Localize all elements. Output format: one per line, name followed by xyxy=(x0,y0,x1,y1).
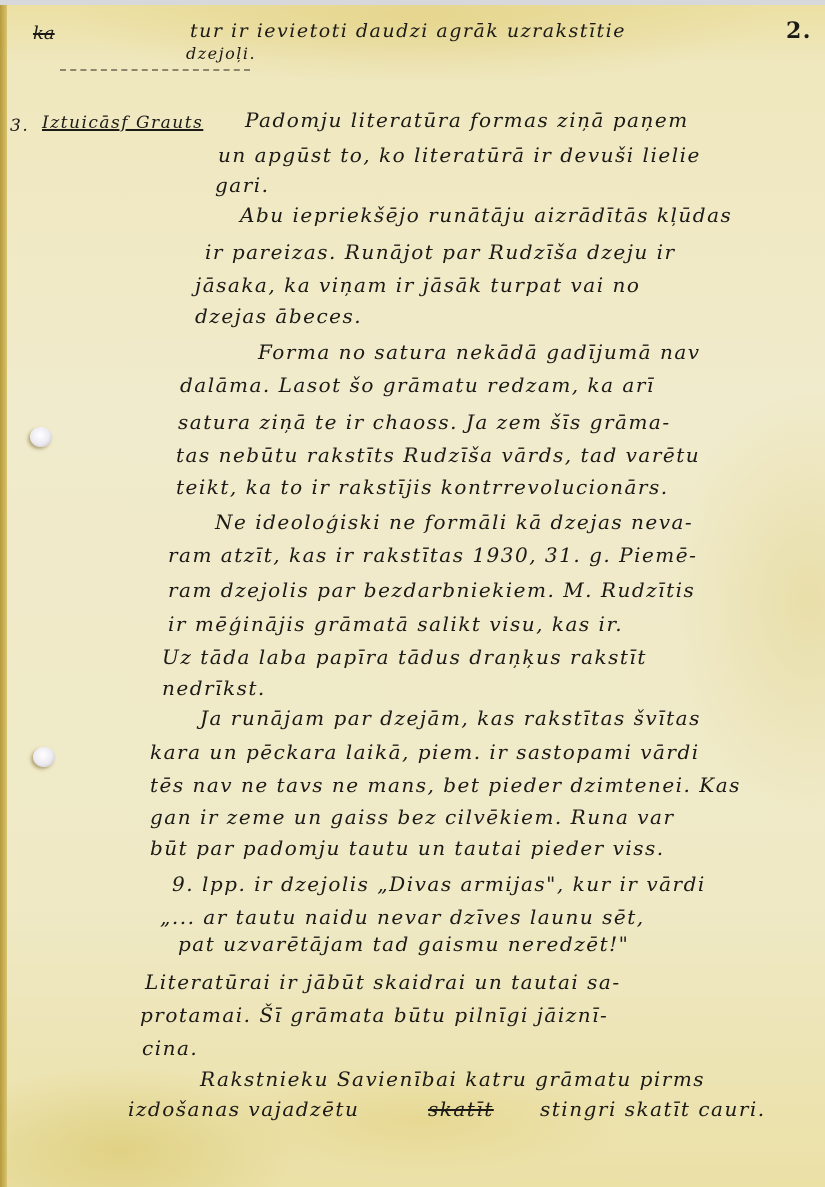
text-line: dzejas ābeces. xyxy=(195,304,362,328)
text-line: gari. xyxy=(215,173,270,197)
punch-hole xyxy=(30,427,52,447)
text-line: nedrīkst. xyxy=(162,676,266,700)
text-line: satura ziņā te ir chaoss. Ja zem šīs grā… xyxy=(178,410,671,434)
text-line: dalāma. Lasot šo grāmatu redzam, ka arī xyxy=(180,373,655,397)
quote-line: „... ar tautu naidu nevar dzīves launu s… xyxy=(160,905,645,929)
text-line: Rakstnieku Savienībai katru grāmatu pirm… xyxy=(200,1067,705,1091)
text-line: dzejoļi. xyxy=(186,44,256,63)
text-line: tur ir ievietoti daudzi agrāk uzrakstīti… xyxy=(190,20,626,42)
text-line: protamai. Šī grāmata būtu pilnīgi jāiznī… xyxy=(140,1003,608,1027)
text-line: kara un pēckara laikā, piem. ir sastopam… xyxy=(150,740,700,764)
text-line: tas nebūtu rakstīts Rudzīša vārds, tad v… xyxy=(176,443,700,467)
text-line: ram atzīt, kas ir rakstītas 1930, 31. g.… xyxy=(168,543,697,567)
text-line: stingri skatīt cauri. xyxy=(540,1097,766,1121)
text-line: teikt, ka to ir rakstījis kontrrevolucio… xyxy=(176,475,669,499)
text-line: Ja runājam par dzejām, kas rakstītas švī… xyxy=(200,706,701,730)
text-line: Ne ideoloģiski ne formāli kā dzejas neva… xyxy=(215,510,693,534)
text-line: Uz tāda laba papīra tādus draņķus rakstī… xyxy=(162,645,647,669)
text-line: Padomju literatūra formas ziņā paņem xyxy=(245,108,689,132)
text-line: Forma no satura nekādā gadījumā nav xyxy=(258,340,701,364)
text-line: būt par padomju tautu un tautai pieder v… xyxy=(150,836,665,860)
text-line: 9. lpp. ir dzejolis „Divas armijas", kur… xyxy=(172,872,706,896)
crossed-margin-mark: ka xyxy=(33,23,55,44)
section-number: 3. xyxy=(10,116,29,136)
page-number: 2. xyxy=(786,18,812,44)
text-line: gan ir zeme un gaiss bez cilvēkiem. Runa… xyxy=(150,805,675,829)
punch-hole xyxy=(33,747,55,767)
text-line: Literatūrai ir jābūt skaidrai un tautai … xyxy=(145,970,621,994)
text-line: jāsaka, ka viņam ir jāsāk turpat vai no xyxy=(195,273,640,297)
text-line: Abu iepriekšējo runātāju aizrādītās kļūd… xyxy=(240,203,732,227)
text-line: ram dzejolis par bezdarbniekiem. M. Rudz… xyxy=(168,578,695,602)
struck-out-word: skatīt xyxy=(428,1097,494,1121)
section-divider xyxy=(60,69,250,71)
text-line: un apgūst to, ko literatūrā ir devuši li… xyxy=(218,143,701,167)
text-line: ir mēģinājis grāmatā salikt visu, kas ir… xyxy=(168,612,623,636)
text-line: tēs nav ne tavs ne mans, bet pieder dzim… xyxy=(150,773,741,797)
text-line: izdošanas vajadzētu xyxy=(128,1097,359,1121)
speaker-name: Iztuicāsf Grauts xyxy=(42,113,203,133)
text-line: cina. xyxy=(142,1036,198,1060)
quote-line: pat uzvarētājam tad gaismu neredzēt!" xyxy=(178,932,629,956)
text-line: ir pareizas. Runājot par Rudzīša dzeju i… xyxy=(205,240,676,264)
handwritten-document-page: ka tur ir ievietoti daudzi agrāk uzrakst… xyxy=(0,0,825,1187)
